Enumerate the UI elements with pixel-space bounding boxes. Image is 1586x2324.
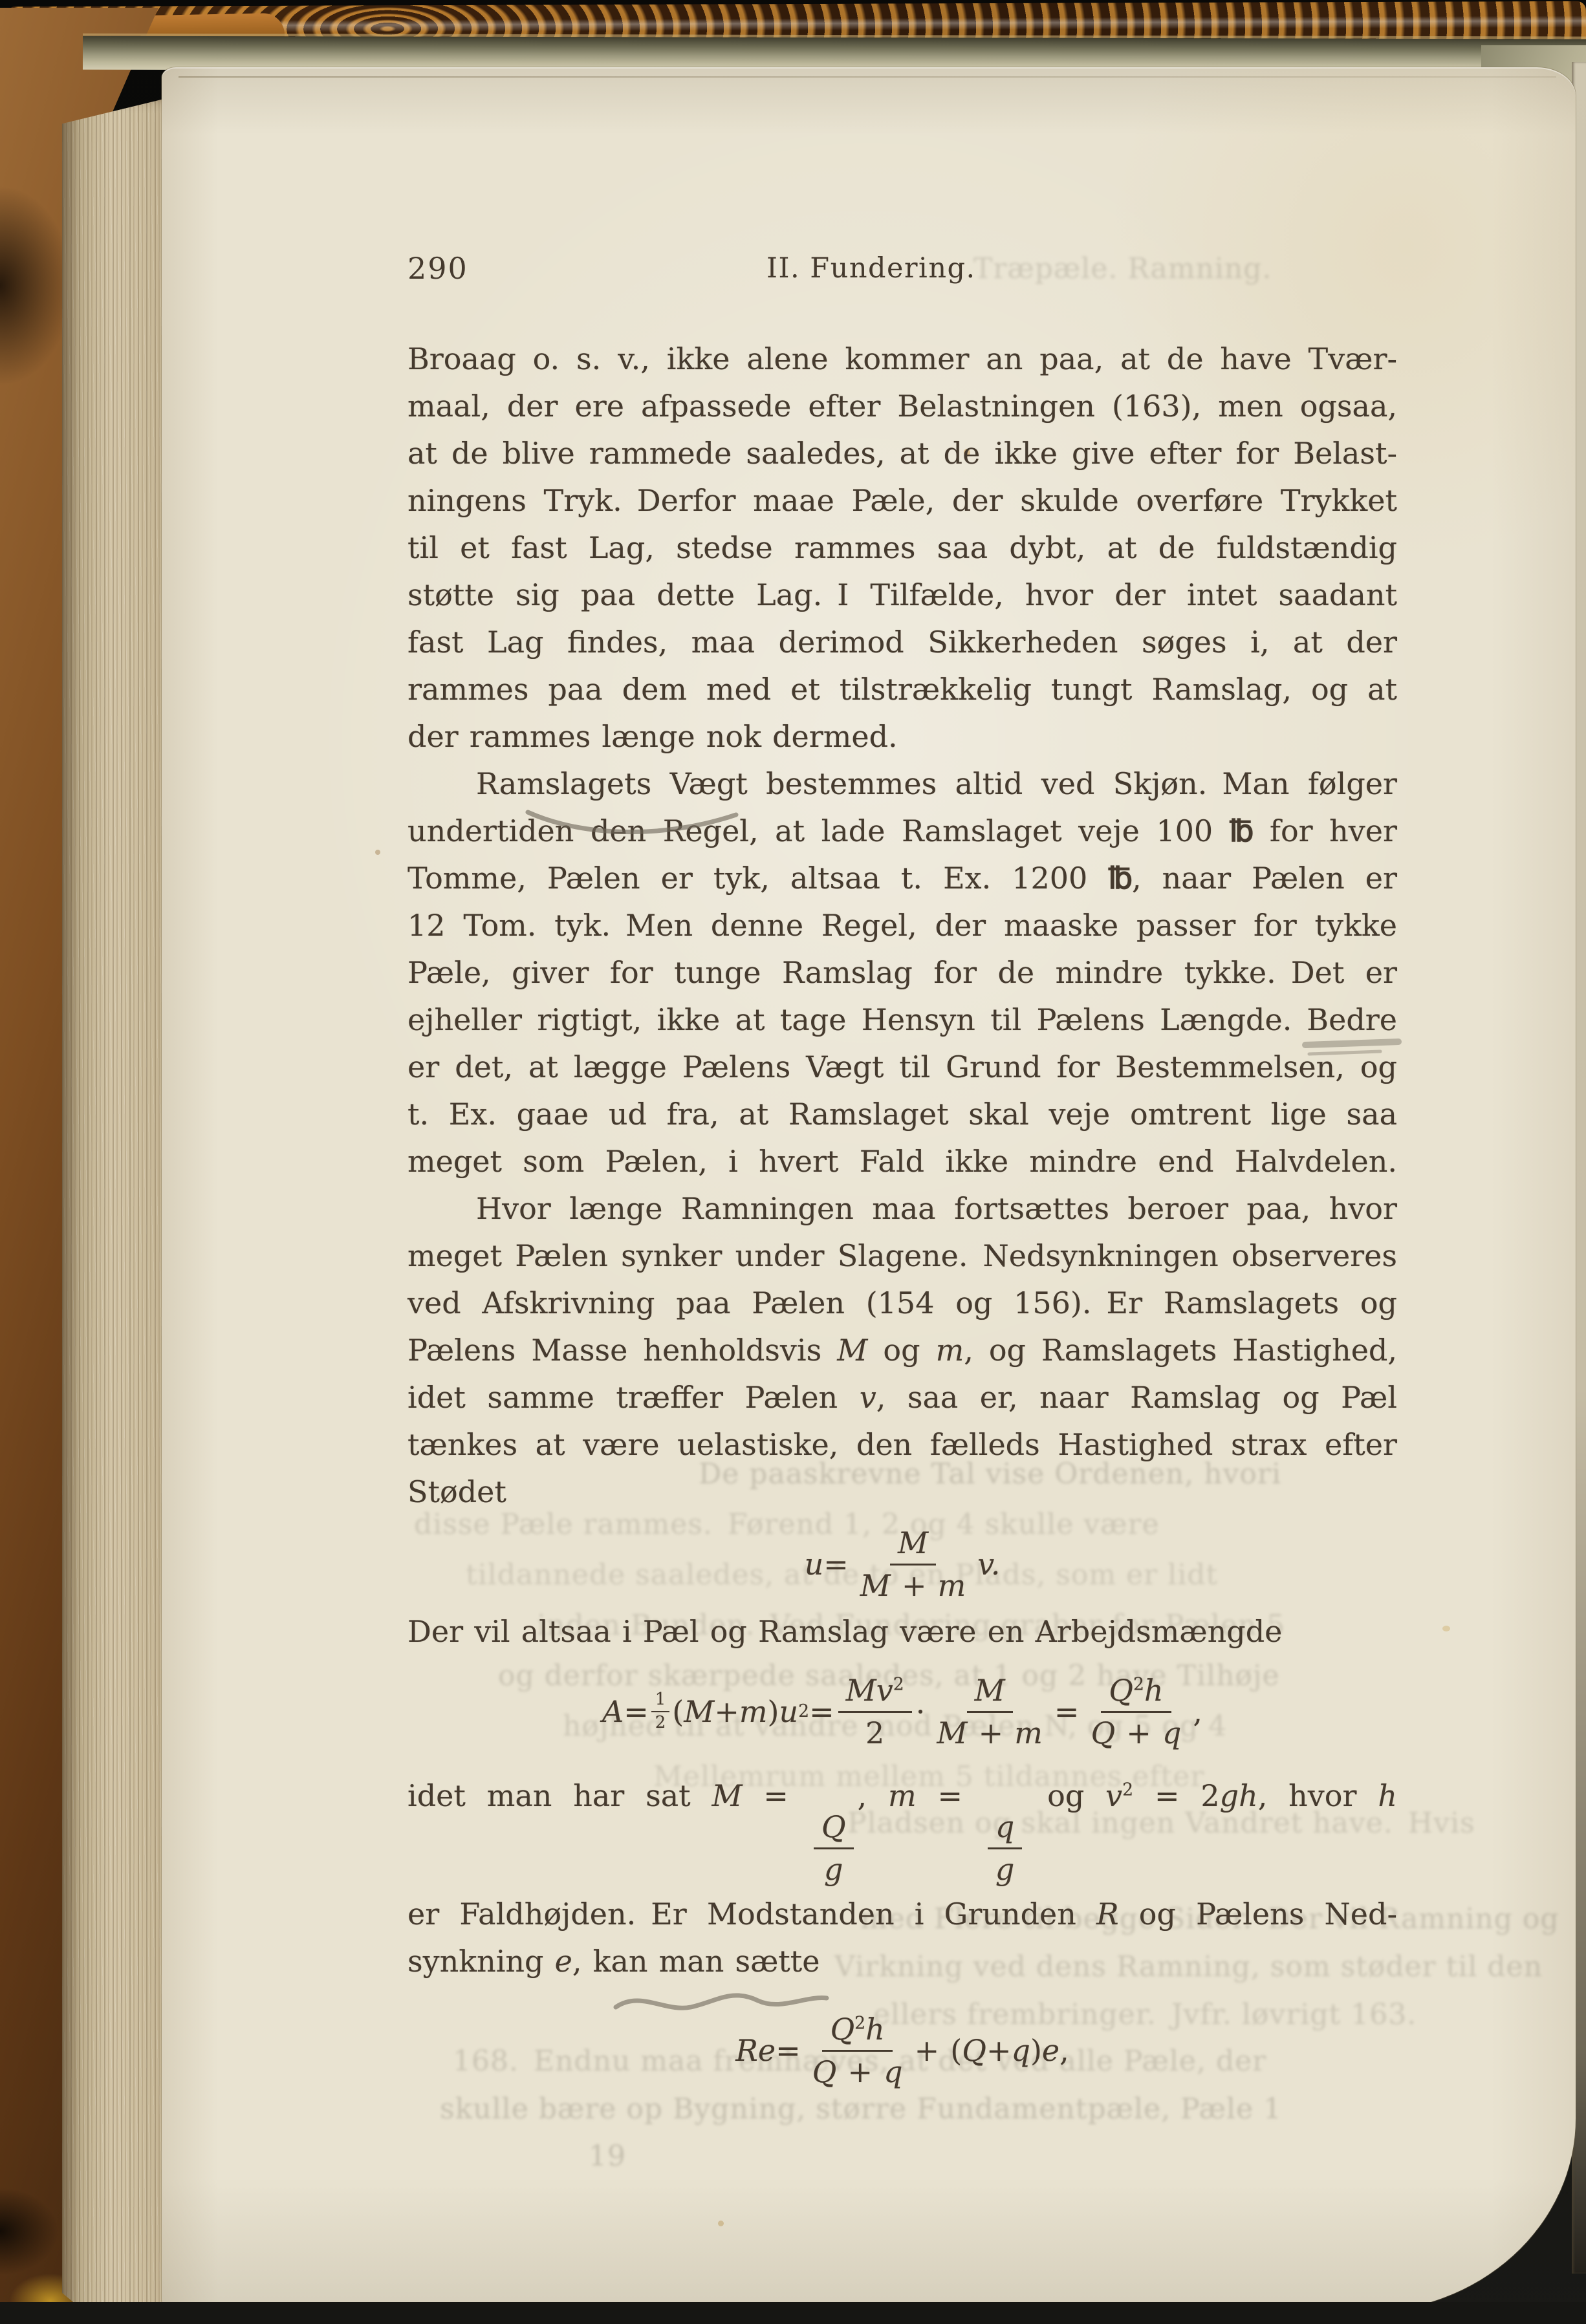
text-line: idet samme træffer Pælen v, saa er, naar…	[407, 1374, 1397, 1421]
math-variable: u	[805, 1541, 824, 1588]
fraction-numerator: M	[967, 1673, 1013, 1713]
text-segment: +	[967, 1716, 1014, 1750]
text-segment: ,	[1193, 1688, 1202, 1736]
math-variable: q	[884, 2054, 902, 2089]
math-exponent: 2	[1133, 1674, 1144, 1694]
math-variable: M	[846, 1673, 876, 1708]
math-variable: M	[898, 1525, 928, 1560]
text-line: er det, at lægge Pælens Vægt til Grund f…	[407, 1044, 1397, 1091]
math-variable: m	[1014, 1716, 1043, 1750]
work-quantity-formula: A = 12 (M + m) u2 = Mv22 · MM + m = Q2hQ…	[407, 1673, 1397, 1750]
text-line: til et fast Lag, stedse rammes saa dybt,…	[407, 524, 1397, 572]
math-variable: A	[602, 1688, 624, 1736]
text-line: at de blive rammede saaledes, at de ikke…	[407, 430, 1397, 477]
math-variable: R	[735, 2027, 758, 2074]
math-variable: g	[824, 1852, 843, 1887]
text-line: støtte sig paa dette Lag. I Tilfælde, hv…	[407, 572, 1397, 619]
text-line: Tomme, Pælen er tyk, altsaa t. Ex. 1200 …	[407, 855, 1397, 902]
fraction-denominator: M + m	[929, 1713, 1050, 1750]
text-line: Pælens Masse henholdsvis M og m, og Rams…	[407, 1327, 1397, 1374]
paragraph: Broaag o. s. v., ikke alene kommer an pa…	[407, 336, 1397, 760]
math-variable: v.	[977, 1541, 1000, 1588]
page-number: 290	[407, 251, 468, 286]
math-variable: m	[936, 1333, 964, 1368]
fraction-denominator: 2	[858, 1713, 892, 1750]
fraction-denominator: g	[988, 1849, 1022, 1887]
text-segment: +	[891, 1568, 938, 1603]
fraction-numerator: Q	[814, 1810, 854, 1849]
paper-stain	[1442, 1626, 1450, 1631]
text-line: der rammes længe nok dermed.	[407, 713, 1397, 760]
text-line: Der vil altsaa i Pæl og Ramslag være en …	[407, 1608, 1397, 1655]
math-variable: m	[888, 1778, 917, 1813]
text-segment: )	[1030, 2027, 1042, 2074]
text-line: fast Lag findes, maa derimod Sikkerheden…	[407, 619, 1397, 666]
paragraph: Hvor længe Ramningen maa fortsættes bero…	[407, 1185, 1397, 1516]
ghost-text: 19	[589, 2140, 626, 2173]
body-text: Broaag o. s. v., ikke alene kommer an pa…	[407, 336, 1397, 2089]
math-variable: e	[1042, 2027, 1059, 2074]
fraction-denominator: M + m	[853, 1565, 974, 1603]
math-variable: v	[860, 1380, 876, 1415]
text-line: rammes paa dem med et tilstrækkelig tung…	[407, 666, 1397, 713]
page-header: 290 II. Fundering.	[407, 251, 1397, 290]
paper-stain	[718, 2221, 724, 2226]
text-line: meget Pælen synker under Slagene. Nedsyn…	[407, 1232, 1397, 1280]
math-variable: Q	[1109, 1673, 1133, 1708]
fraction-denominator: g	[816, 1849, 851, 1887]
text-segment: =	[823, 1541, 849, 1588]
math-variable: v	[1105, 1778, 1122, 1813]
math-variable: u	[779, 1688, 798, 1736]
text-segment: ·	[916, 1688, 926, 1736]
page-block-fore-edge-left	[62, 97, 172, 2324]
text-segment: + (	[915, 2027, 962, 2074]
text-line: synkning e, kan man sætte	[407, 1938, 1397, 1985]
math-variable: R	[1096, 1897, 1119, 1931]
text-segment: +	[1115, 1716, 1162, 1750]
fraction-numerator: M	[890, 1526, 936, 1565]
text-line: ningens Tryk. Derfor maae Pæle, der skul…	[407, 477, 1397, 524]
math-variable: h	[865, 2012, 885, 2047]
pound-symbol: ℔	[1108, 861, 1132, 896]
photo-bottom-shadow	[0, 2302, 1586, 2324]
fraction-numerator: q	[988, 1810, 1022, 1849]
math-variable: Q	[812, 2054, 837, 2089]
text-segment: =	[1054, 1688, 1080, 1736]
fraction: Q2hQ + q	[805, 2012, 911, 2089]
running-title: II. Fundering.	[766, 252, 976, 285]
math-variable: gh	[1220, 1778, 1258, 1813]
paragraph: Der vil altsaa i Pæl og Ramslag være en …	[407, 1608, 1397, 1655]
text-line: Ramslagets Vægt bestemmes altid ved Skjø…	[407, 760, 1397, 808]
text-line: tænkes at være uelastiske, den fælleds H…	[407, 1421, 1397, 1469]
text-line: idet man har sat M = Qg, m = qg og v2 = …	[407, 1772, 1397, 1887]
fraction: MM + m	[929, 1673, 1050, 1750]
math-variable: Q	[962, 2027, 986, 2074]
fraction: 12	[651, 1690, 670, 1733]
math-variable: M	[860, 1568, 891, 1603]
text-line: Broaag o. s. v., ikke alene kommer an pa…	[407, 336, 1397, 383]
math-variable: q	[1012, 2027, 1030, 2074]
fraction-numerator: Q2h	[1101, 1673, 1171, 1713]
fraction-numerator: Q2h	[822, 2012, 892, 2052]
ghost-text: skulle bære op Bygning, større Fundament…	[440, 2093, 1282, 2125]
text-line: meget som Pælen, i hvert Fald ikke mindr…	[407, 1138, 1397, 1185]
text-line: ved Afskrivning paa Pælen (154 og 156). …	[407, 1280, 1397, 1327]
math-variable: Q	[821, 1809, 846, 1844]
fraction-numerator: 1	[651, 1690, 670, 1712]
text-line: Stødet	[407, 1469, 1397, 1516]
common-velocity-formula: u = MM + m v.	[407, 1526, 1397, 1603]
text-line: Pæle, giver for tunge Ramslag for de min…	[407, 949, 1397, 996]
text-segment: )	[768, 1688, 779, 1736]
math-variable: q	[1162, 1716, 1181, 1750]
fraction: Q2hQ + q	[1083, 1673, 1189, 1750]
fraction-denominator: 2	[651, 1712, 670, 1733]
math-variable: v	[876, 1673, 893, 1708]
text-line: er Faldhøjden. Er Modstanden i Grunden R…	[407, 1891, 1397, 1938]
text-line: maal, der ere afpassede efter Belastning…	[407, 383, 1397, 430]
math-variable: M	[684, 1688, 714, 1736]
math-variable: g	[995, 1852, 1014, 1887]
text-line: 12 Tom. tyk. Men denne Regel, der maaske…	[407, 902, 1397, 949]
math-variable: h	[1144, 1673, 1164, 1708]
math-variable: e	[555, 1944, 572, 1979]
text-segment: =	[624, 1688, 649, 1736]
fraction-denominator: Q + q	[805, 2052, 911, 2089]
math-exponent: 2	[854, 2013, 865, 2033]
fraction-numerator: Mv2	[838, 1673, 912, 1713]
scanned-book-photo: 290 II. Fundering. Træpæle. Ramning. De …	[0, 0, 1586, 2324]
resistance-formula: Re = Q2hQ + q + (Q + q) e,	[407, 2012, 1397, 2089]
pound-symbol: ℔	[1230, 813, 1254, 848]
text-segment: +	[986, 2027, 1012, 2074]
math-variable: Q	[830, 2012, 854, 2047]
fraction: qg	[988, 1810, 1022, 1887]
math-variable: m	[739, 1688, 768, 1736]
math-variable: m	[938, 1568, 966, 1603]
text-segment: 2	[865, 1716, 884, 1750]
text-segment: =	[776, 2027, 801, 2074]
math-variable: M	[837, 1333, 867, 1368]
text-segment: ,	[1059, 2027, 1069, 2074]
paragraph: idet man har sat M = Qg, m = qg og v2 = …	[407, 1772, 1397, 1985]
text-segment: 1	[655, 1690, 666, 1709]
math-exponent: 2	[1122, 1780, 1133, 1800]
fraction: MM + m	[853, 1526, 974, 1603]
paragraph: Ramslagets Vægt bestemmes altid ved Skjø…	[407, 760, 1397, 1185]
book-page: 290 II. Fundering. Træpæle. Ramning. De …	[162, 67, 1576, 2312]
text-segment: 2	[655, 1713, 666, 1732]
math-variable: Q	[1091, 1716, 1115, 1750]
paper-stain	[375, 850, 380, 855]
math-variable: q	[995, 1809, 1014, 1844]
fraction: Qg	[814, 1810, 854, 1887]
math-variable: M	[975, 1673, 1005, 1708]
fraction: Mv22	[838, 1673, 912, 1750]
math-variable: M	[712, 1778, 742, 1813]
text-segment: (	[672, 1688, 684, 1736]
math-exponent: 2	[893, 1674, 904, 1694]
text-segment: +	[836, 2054, 884, 2089]
math-variable: M	[937, 1716, 967, 1750]
fraction-denominator: Q + q	[1083, 1713, 1189, 1750]
text-line: ejheller rigtigt, ikke at tage Hensyn ti…	[407, 996, 1397, 1044]
text-segment: +	[714, 1688, 739, 1736]
math-variable: h	[1378, 1778, 1397, 1813]
text-segment: =	[809, 1688, 834, 1736]
text-line: undertiden den Regel, at lade Ramslaget …	[407, 808, 1397, 855]
math-variable: e	[758, 2027, 776, 2074]
text-line: Hvor længe Ramningen maa fortsættes bero…	[407, 1185, 1397, 1232]
text-line: t. Ex. gaae ud fra, at Ramslaget skal ve…	[407, 1091, 1397, 1138]
